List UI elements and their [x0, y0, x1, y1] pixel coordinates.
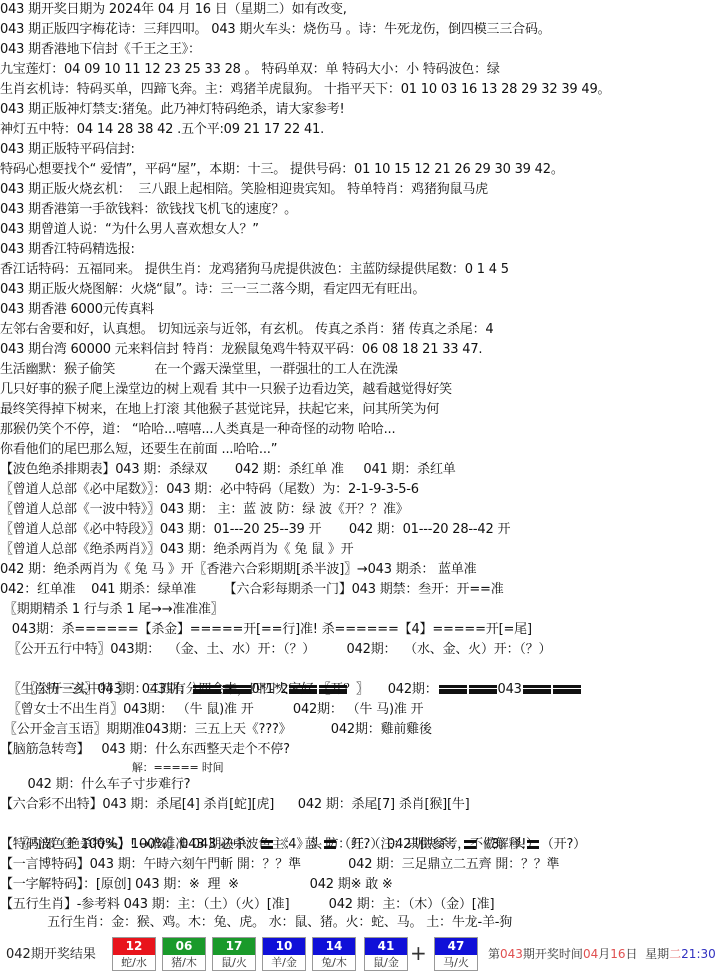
- ball-number: 41: [365, 938, 407, 955]
- ball-number: 10: [263, 938, 305, 955]
- text-line: 〖曾女士不出生肖〗043期： （牛 鼠)准 开 042期： （牛 马)准 开: [0, 700, 423, 720]
- bar-icon: [439, 685, 467, 694]
- text-line: 043 期开奖日期为 2024年 04 月 16 日（星期二）如有改变,: [0, 0, 347, 20]
- result-ball: 10 羊/金: [262, 937, 306, 971]
- text-line: 043 期香江特码精选报:: [0, 240, 135, 260]
- draw-month: 04: [583, 947, 598, 961]
- result-ball: 14 兔/木: [312, 937, 356, 971]
- text-line: 〖期期精杀 1 行与杀 1 尾→→准准准〗: [0, 600, 224, 620]
- ball-number: 14: [313, 938, 355, 955]
- draw-text: 期开奖时间: [523, 947, 583, 961]
- text-line: 香江话特码：五福同来。 提供生肖：龙鸡猪狗马虎提供波色：主蓝防绿提供尾数：0 1…: [0, 260, 509, 280]
- text-line: 043 期台湾 60000 元来料信封 特肖：龙猴鼠兔鸡牛特双平码：06 08 …: [0, 340, 482, 360]
- text-line: 五行生肖：金：猴、鸡。木：兔、虎。 水：鼠、猪。火：蛇、马。 土：牛龙-羊-狗: [0, 913, 512, 933]
- text-line: 〖曾道人总部《绝杀两肖》〗043 期：绝杀两肖为《 兔 鼠 》开: [0, 540, 353, 560]
- text-line: 左邻右舍要和好，认真想。 切知远亲与近邻，有玄机。 传真之杀肖：猪 传真之杀尾：…: [0, 320, 493, 340]
- result-ball: 06 猪/木: [162, 937, 206, 971]
- text-line: 生活幽默：猴子偷笑 在一个露天澡堂里，一群强壮的工人在洗澡: [0, 360, 398, 380]
- text-line: 几只好事的猴子爬上澡堂边的树上观看 其中一只猴子边看边笑，越看越觉得好笑: [0, 380, 452, 400]
- result-ball: 17 鼠/火: [212, 937, 256, 971]
- next-draw-info: 第043期开奖时间04月16日 星期二21:30: [488, 945, 715, 962]
- text-line: 043期：杀======【杀金】=====开[==行]准! 杀======【4】…: [0, 620, 532, 640]
- text-line: 043 期正版特平码信封:: [0, 140, 135, 160]
- text-line: 〖曾道人总部《必中特段》〗043 期：01---20 25--39 开 042 …: [0, 520, 510, 540]
- text-line: 【一言博特码】043 期：午時六刻午門斬 開：？？準 042 期：三足鼎立二五齊…: [0, 855, 559, 875]
- text-line: 043 期曾道人说：“为什么男人喜欢想女人？”: [0, 220, 259, 240]
- text-line: 神灯五中特：04 14 28 38 42 .五个平:09 21 17 22 41…: [0, 120, 324, 140]
- text-line: 【一字解特码】：[原创] 043 期：※ 理 ※ 042 期※ 敢 ※: [0, 875, 393, 895]
- ball-number: 06: [163, 938, 205, 955]
- ball-zodiac: 鼠/金: [365, 955, 407, 970]
- text-line: 043 期正版火烧玄机： 三八跟上起相陪。笑脸相迎贵宾知。 特单特肖：鸡猪狗鼠马…: [0, 180, 488, 200]
- juesha-line: 〖内部（绝杀特头）100%〗043 期决杀：《4》头（开?） 042期决杀：《3…: [0, 815, 586, 835]
- santou-line: 〖公开三头中特 〗 043期：0*1*2 042期：043: [0, 660, 582, 680]
- text-line: 〖生肖特一玄〗043期：二四有分四会来，四四大家好 〖开？〗: [0, 680, 369, 700]
- ball-number: 17: [213, 938, 255, 955]
- ball-number: 47: [435, 938, 477, 955]
- draw-day: 16: [610, 947, 625, 961]
- text-line: 043 期香港 6000元传真料: [0, 300, 154, 320]
- text-line: 043 期正版火烧图解：火烧“鼠”。诗：三一三二落今期，看定四无有旺出。: [0, 280, 425, 300]
- bar-icon: [553, 685, 581, 694]
- ball-zodiac: 猪/木: [163, 955, 205, 970]
- ball-zodiac: 羊/金: [263, 955, 305, 970]
- text-line: 〖曾道人总部《必中尾数》〗：043 期：必中特码（尾数）为：2-1-9-3-5-…: [0, 480, 419, 500]
- text-line: 〖曾道人总部《一波中特》〗043 期： 主：蓝 波 防：绿 波《开？？准》: [0, 500, 409, 520]
- text-line: 043 期正版四字梅花诗：三拜四叩。 043 期火车头：烧伤马 。诗：牛死龙伤，…: [0, 20, 551, 40]
- text-line: 你看他们的尾巴那么短，还要生在前面 ...哈哈...”: [0, 440, 277, 460]
- result-ball: 41 鼠/金: [364, 937, 408, 971]
- ball-zodiac: 兔/木: [313, 955, 355, 970]
- text-line: 【波色绝杀排期表】043 期：杀绿双 042 期：杀红单 准 041 期：杀红单: [0, 460, 456, 480]
- draw-text: 日 星期: [626, 947, 670, 961]
- text-line: 【特码波色王 100%】! →准准准 043 必中波色主： 蓝 防：红.（注：只…: [0, 835, 539, 855]
- draw-result-bar: 042期开奖结果 12 蛇/水 06 猪/木 17 鼠/火 10 羊/金 14 …: [0, 933, 715, 975]
- draw-text: 第: [488, 947, 500, 961]
- ball-zodiac: 马/火: [435, 955, 477, 970]
- text-line: 042 期：什么车子寸步难行?: [0, 775, 190, 795]
- text-line: 〖公开金言玉语〗期期准043期：三五上天《???》 042期：雞前雞後: [0, 720, 432, 740]
- text-line: 042 期：绝杀两肖为《 兔 马 》开〖香港六合彩期期[杀半波]〗→043 期杀…: [0, 560, 476, 580]
- ball-zodiac: 蛇/水: [113, 955, 155, 970]
- ball-number: 12: [113, 938, 155, 955]
- draw-weekday: 二: [669, 947, 681, 961]
- bar-icon: [523, 685, 551, 694]
- draw-time: 21:30: [681, 947, 715, 961]
- juesha-prev-tail: （开?）: [541, 837, 586, 852]
- text-line: 最终笑得掉下树来，在地上打滚 其他猴子甚觉诧异，扶起它来，问其所笑为何: [0, 400, 439, 420]
- draw-text: 月: [598, 947, 610, 961]
- plus-icon: +: [410, 941, 427, 965]
- text-line: 042：红单准 041 期杀：绿单准 【六合彩每期杀一门】043 期禁：叁开：开…: [0, 580, 504, 600]
- draw-issue: 043: [500, 947, 523, 961]
- ball-zodiac: 鼠/火: [213, 955, 255, 970]
- text-line: 【脑筋急转弯】 043 期：什么东西整天走个不停?: [0, 740, 290, 760]
- text-line: 特码心想要找个“ 爱情”，平码“屋”，本期：十三。 提供号码：01 10 15 …: [0, 160, 564, 180]
- text-line: 【五行生肖】-参考料 043 期：主：（土）（火）[准] 042 期：主：（木）…: [0, 895, 494, 915]
- text-line: 〖公开五行中特〗043期： （金、土、水）开：（？） 042期： （水、金、火）…: [0, 640, 551, 660]
- draw-result-label: 042期开奖结果: [6, 943, 96, 962]
- santou-prev-code: 043: [498, 682, 522, 697]
- text-line: 043 期香港第一手欲钱料：欲钱找飞机飞的速度？。: [0, 200, 297, 220]
- text-line: 【六合彩不出特】043 期：杀尾[4] 杀肖[蛇][虎] 042 期：杀尾[7]…: [0, 795, 470, 815]
- bar-icon: [469, 685, 497, 694]
- text-line: 043 期正版神灯禁支:猪兔。此乃神灯特码绝杀，请大家参考!: [0, 100, 345, 120]
- result-ball: 12 蛇/水: [112, 937, 156, 971]
- text-line: 043 期香港地下信封《千王之王》：: [0, 40, 201, 60]
- text-line: 那猴仍笑个不停，道： “哈哈...嘻嘻...人类真是一种奇怪的动物 哈哈...: [0, 420, 395, 440]
- special-ball: 47 马/火: [434, 937, 478, 971]
- text-line: 生肖玄机诗：特码买单，四蹄飞奔。主：鸡猪羊虎鼠狗。 十指平天下：01 10 03…: [0, 80, 610, 100]
- text-line: 九宝莲灯：04 09 10 11 12 23 25 33 28 。 特码单双：单…: [0, 60, 500, 80]
